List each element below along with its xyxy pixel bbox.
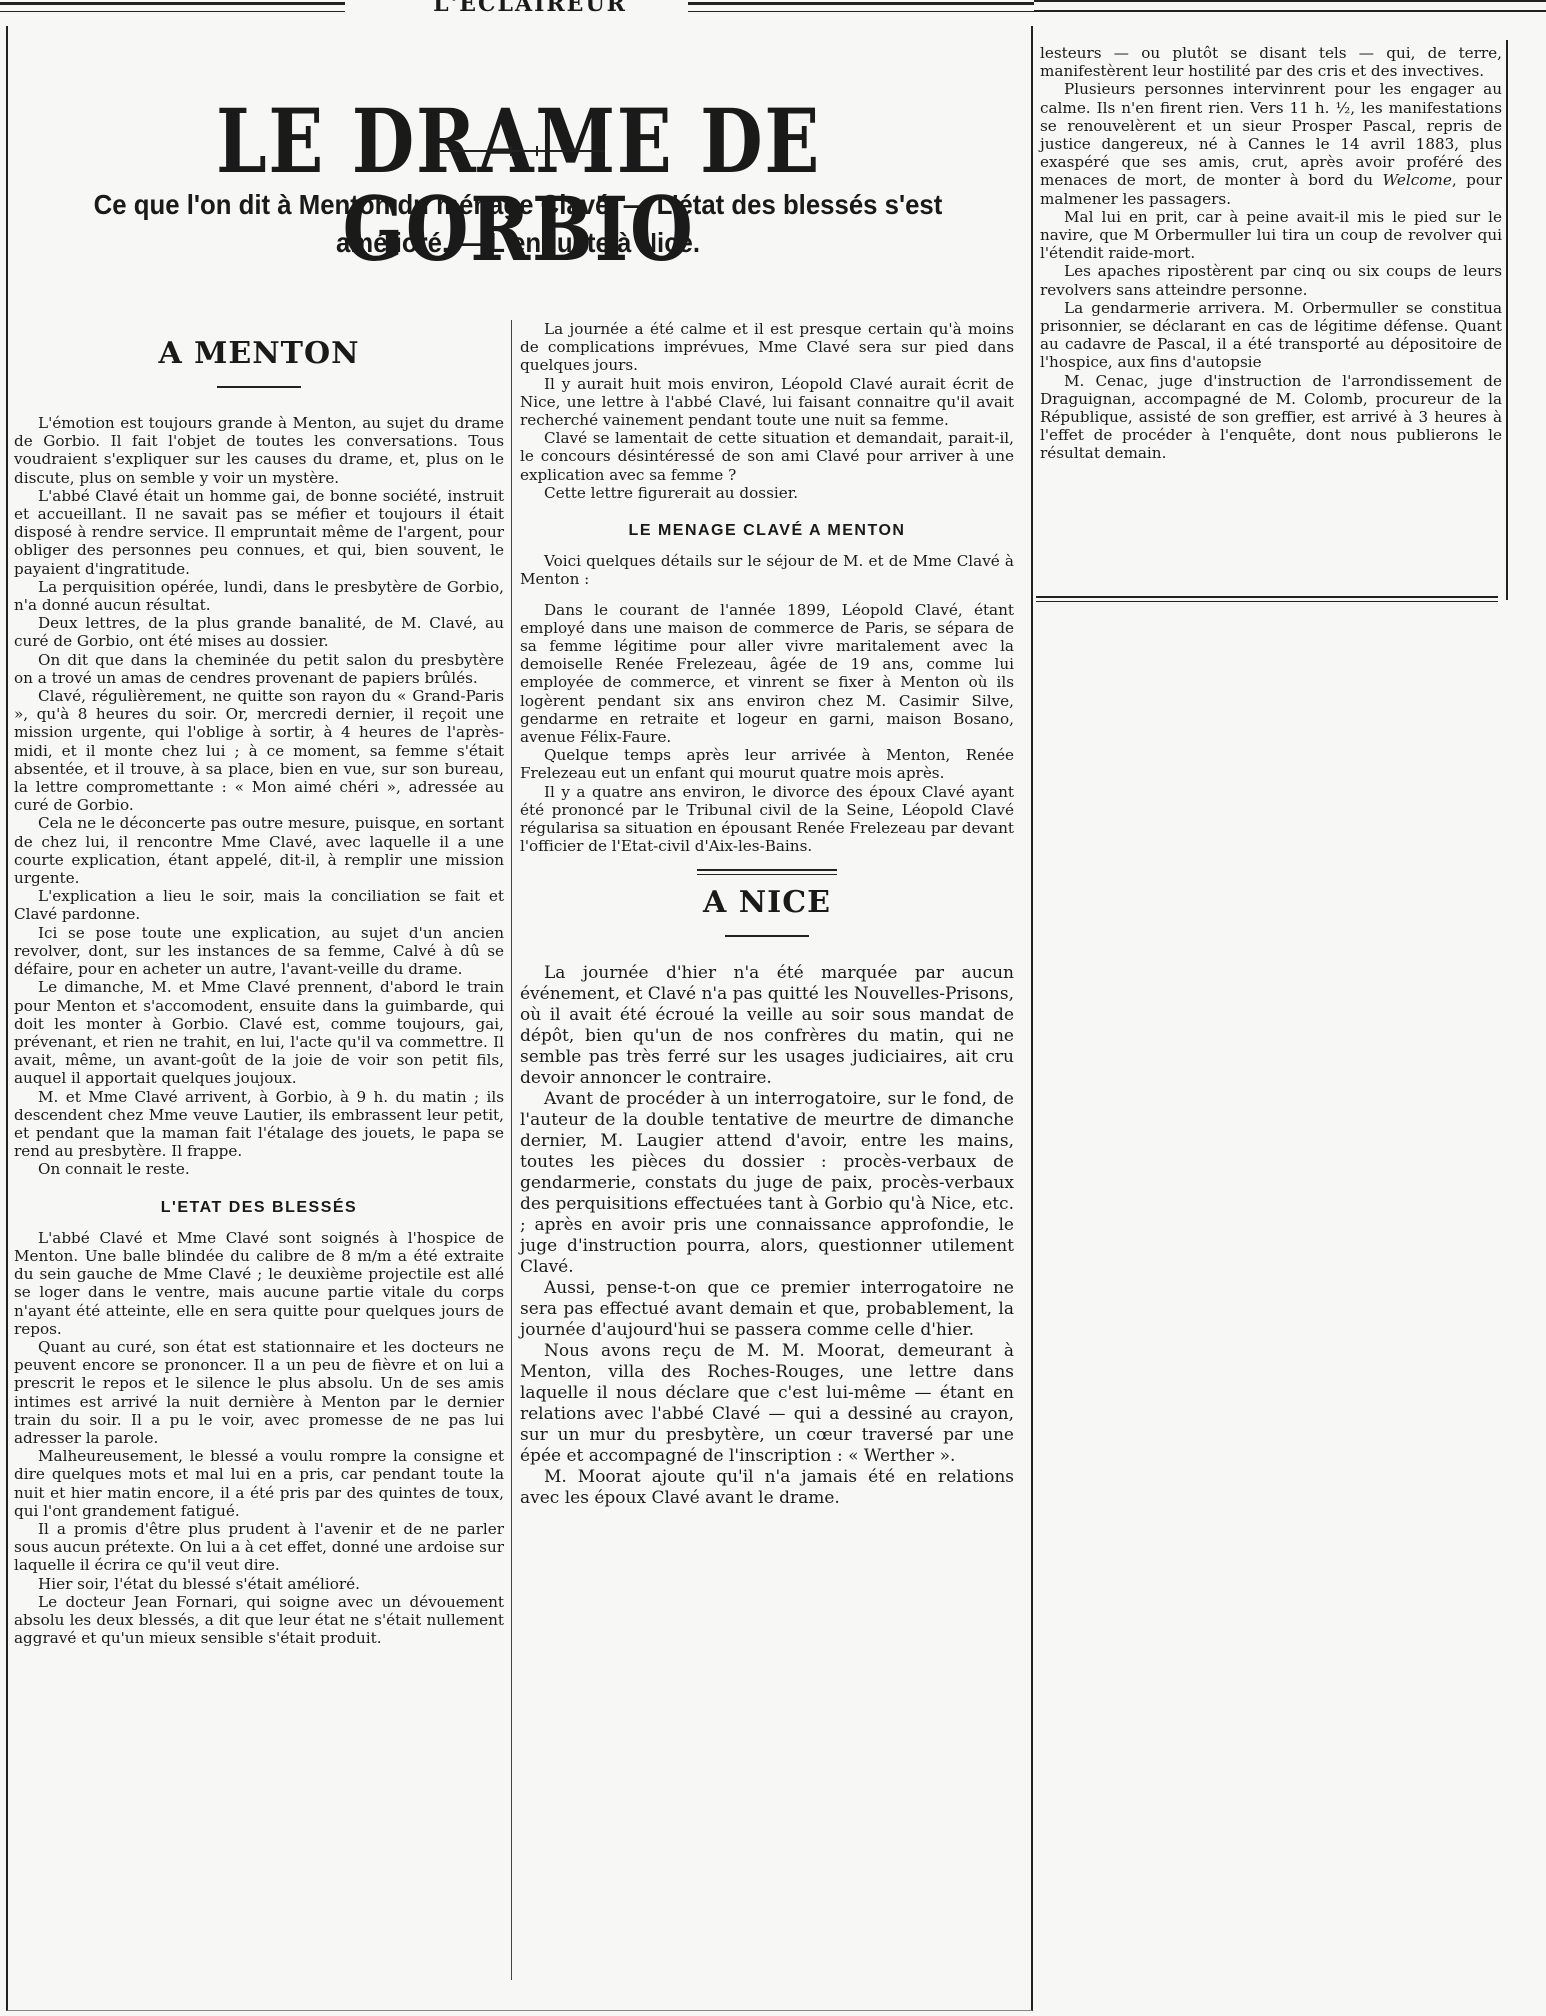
paragraph: Plusieurs personnes intervinrent pour le… — [1040, 80, 1502, 207]
paragraph: Les apaches ripostèrent par cinq ou six … — [1040, 262, 1502, 298]
masthead-rule-right — [688, 2, 1034, 12]
paragraph: Malheureusement, le blessé a voulu rompr… — [14, 1447, 504, 1520]
paragraph: Avant de procéder à un interrogatoire, s… — [520, 1089, 1014, 1278]
paragraph: Cela ne le déconcerte pas outre mesure, … — [14, 814, 504, 887]
article-column-1: A MENTON L'émotion est toujours grande à… — [14, 326, 504, 1647]
paragraph: On connait le reste. — [14, 1160, 504, 1178]
paragraph: La perquisition opérée, lundi, dans le p… — [14, 578, 504, 614]
paragraph: Quelque temps après leur arrivée à Mento… — [520, 746, 1014, 782]
paragraph: Le docteur Jean Fornari, qui soigne avec… — [14, 1593, 504, 1648]
paragraph: On dit que dans la cheminée du petit sal… — [14, 651, 504, 687]
masthead-rule-far-right — [1034, 0, 1546, 12]
section-nice-body: La journée d'hier n'a été marquée par au… — [520, 963, 1014, 1509]
paragraph: Quant au curé, son état est stationnaire… — [14, 1338, 504, 1447]
paragraph: Il a promis d'être plus prudent à l'aven… — [14, 1520, 504, 1575]
subsection-title-menage-clave: LE MENAGE CLAVÉ A MENTON — [520, 522, 1014, 540]
paragraph: Dans le courant de l'année 1899, Léopold… — [520, 601, 1014, 747]
newspaper-name: L'ECLAIREUR — [390, 0, 670, 17]
section-rule — [725, 935, 809, 937]
paragraph: Mal lui en prit, car à peine avait-il mi… — [1040, 208, 1502, 263]
paragraph: Voici quelques détails sur le séjour de … — [520, 552, 1014, 588]
paragraph: L'explication a lieu le soir, mais la co… — [14, 887, 504, 923]
section-menage-clave-body: Voici quelques détails sur le séjour de … — [520, 552, 1014, 855]
article-subheadline: Ce que l'on dit à Menton du ménage Clavé… — [52, 186, 983, 262]
paragraph: L'émotion est toujours grande à Menton, … — [14, 414, 504, 487]
ship-name: Welcome — [1383, 171, 1452, 189]
section-title-nice: A NICE — [520, 885, 1014, 921]
subsection-title-etat-blesses: L'ETAT DES BLESSÉS — [14, 1199, 504, 1217]
paragraph: Cette lettre figurerait au dossier. — [520, 484, 1014, 502]
column-divider — [511, 320, 512, 1980]
paragraph: Le dimanche, M. et Mme Clavé prennent, d… — [14, 978, 504, 1087]
paragraph: Hier soir, l'état du blessé s'était amél… — [14, 1575, 504, 1593]
adjacent-article-column: lesteurs — ou plutôt se disant tels — qu… — [1040, 44, 1502, 463]
paragraph: Aussi, pense-t-on que ce premier interro… — [520, 1278, 1014, 1341]
paragraph: La journée d'hier n'a été marquée par au… — [520, 963, 1014, 1089]
paragraph: L'abbé Clavé et Mme Clavé sont soignés à… — [14, 1229, 504, 1338]
paragraph: Clavé, régulièrement, ne quitte son rayo… — [14, 687, 504, 814]
paragraph: La journée a été calme et il est presque… — [520, 320, 1014, 375]
section-title-menton: A MENTON — [14, 336, 504, 372]
section-rule — [217, 386, 301, 388]
adjacent-article-end-rule — [1036, 596, 1498, 602]
paragraph: Deux lettres, de la plus grande banalité… — [14, 614, 504, 650]
masthead-rule-left — [0, 2, 345, 12]
paragraph: M. et Mme Clavé arrivent, à Gorbio, à 9 … — [14, 1088, 504, 1161]
article-column-2: La journée a été calme et il est presque… — [520, 320, 1014, 1509]
section-etat-blesses-continued: La journée a été calme et il est presque… — [520, 320, 1014, 502]
paragraph: Nous avons reçu de M. M. Moorat, demeura… — [520, 1341, 1014, 1467]
section-menton-body: L'émotion est toujours grande à Menton, … — [14, 414, 504, 1179]
paragraph: La gendarmerie arrivera. M. Orbermuller … — [1040, 299, 1502, 372]
paragraph: Ici se pose toute une explication, au su… — [14, 924, 504, 979]
section-rule-double — [697, 869, 837, 875]
paragraph: lesteurs — ou plutôt se disant tels — qu… — [1040, 44, 1502, 80]
paragraph: L'abbé Clavé était un homme gai, de bonn… — [14, 487, 504, 578]
section-etat-blesses-body: L'abbé Clavé et Mme Clavé sont soignés à… — [14, 1229, 504, 1648]
paragraph: M. Cenac, juge d'instruction de l'arrond… — [1040, 372, 1502, 463]
paragraph: Il y aurait huit mois environ, Léopold C… — [520, 375, 1014, 430]
paragraph: M. Moorat ajoute qu'il n'a jamais été en… — [520, 1467, 1014, 1509]
headline-ornament-divider — [440, 150, 605, 156]
masthead: L'ECLAIREUR — [0, 0, 1546, 16]
paragraph: Clavé se lamentait de cette situation et… — [520, 429, 1014, 484]
paragraph: Il y a quatre ans environ, le divorce de… — [520, 783, 1014, 856]
